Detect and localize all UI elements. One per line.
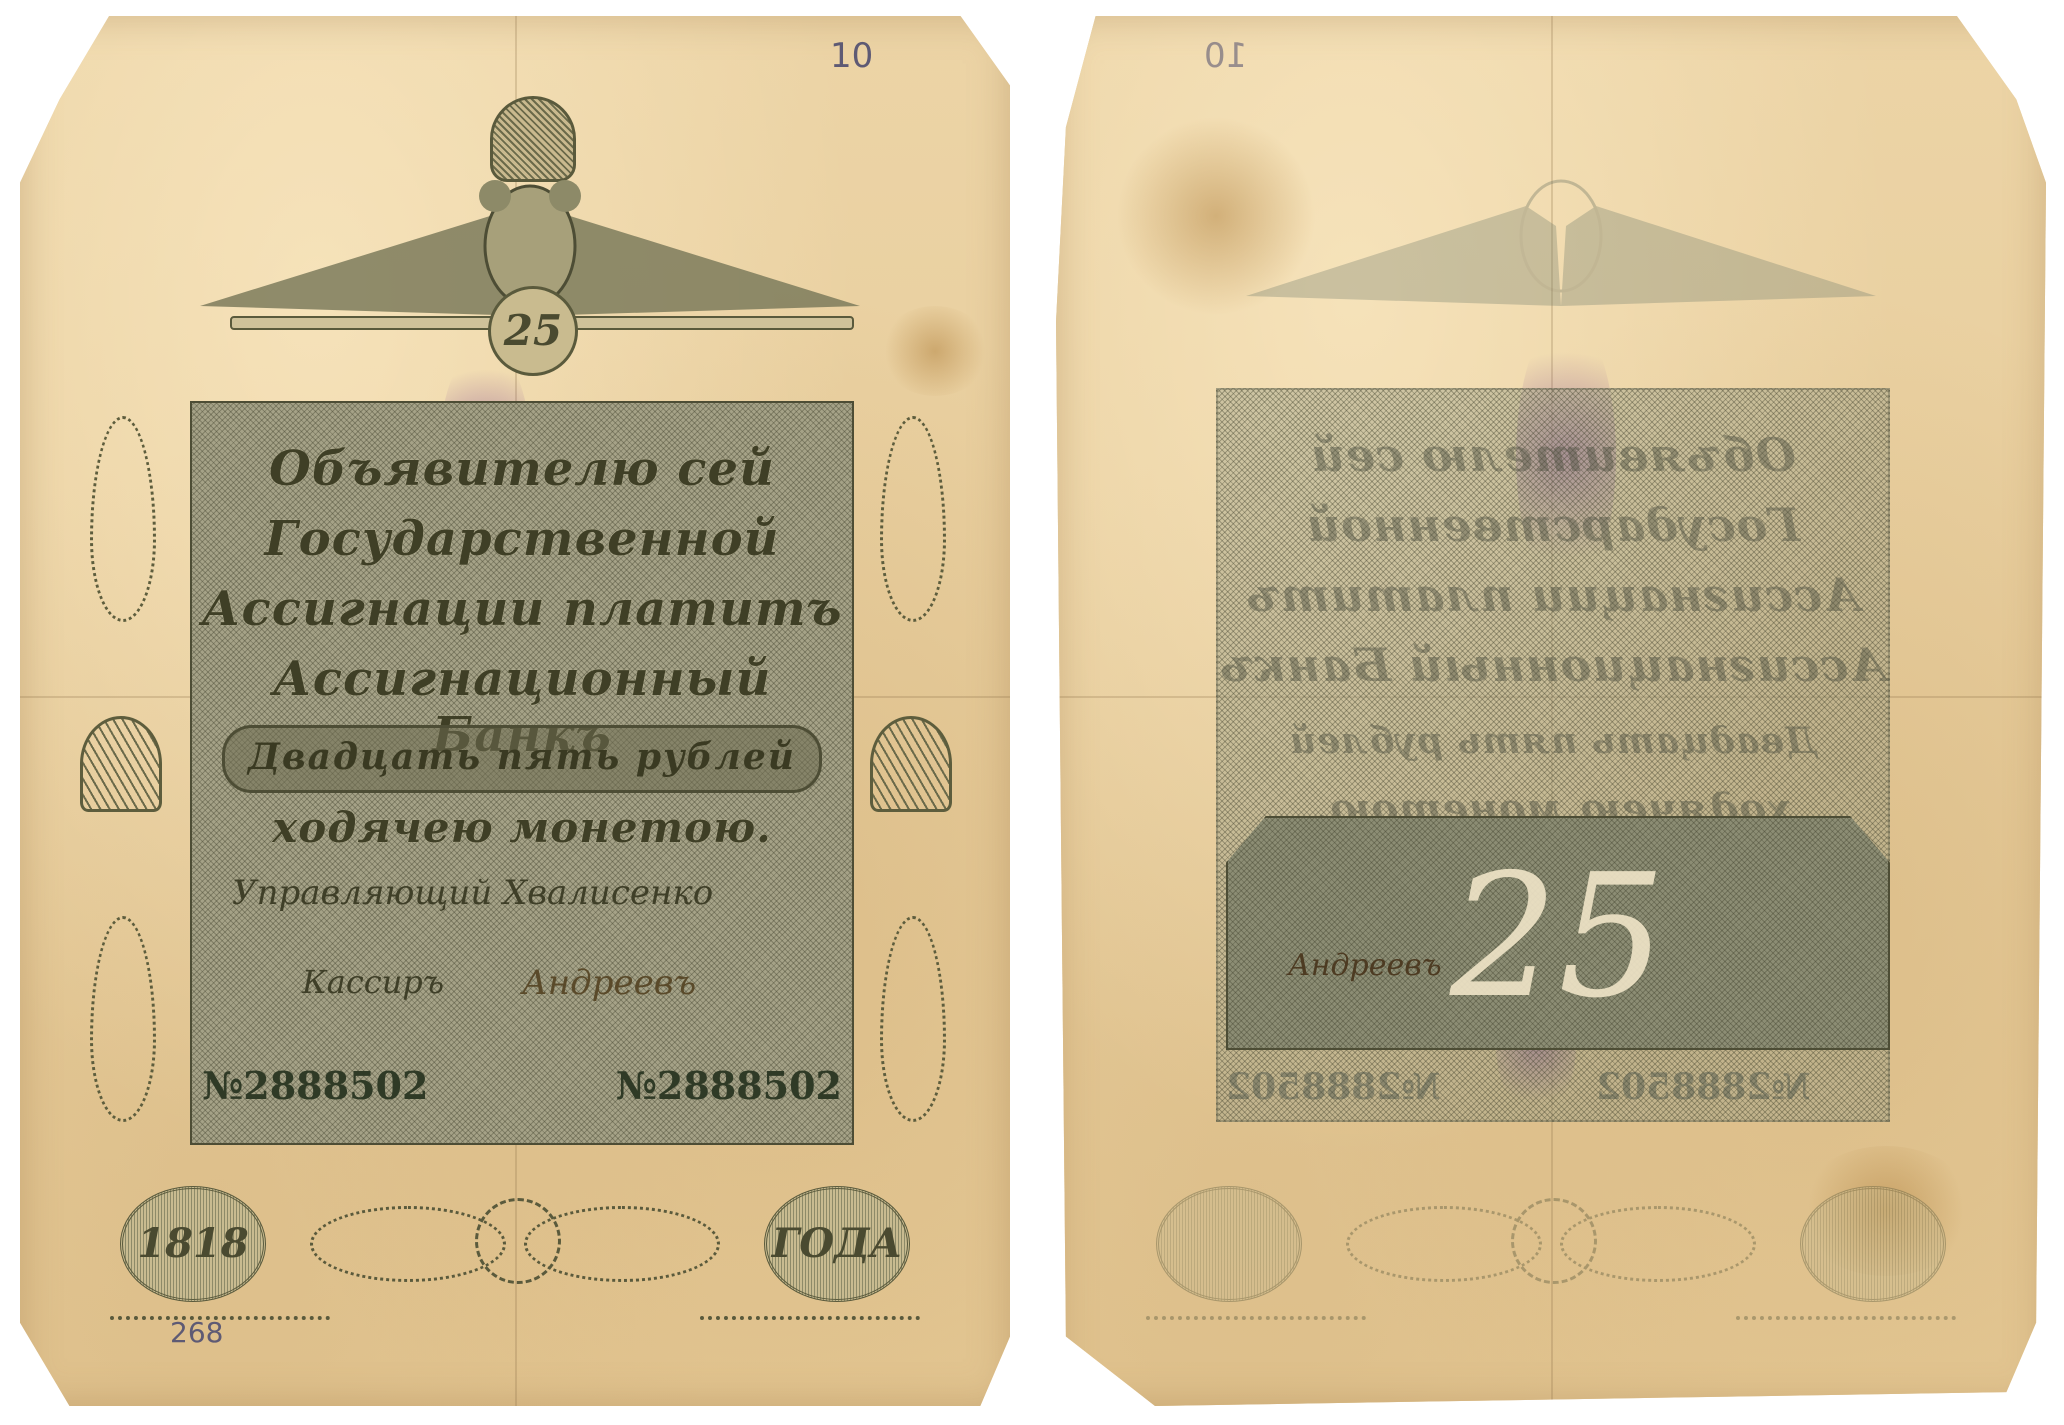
banknote-back: 10 Объявителю сей Государственной Ассигн… (1056, 16, 2046, 1406)
amount-text: Двадцать пять рублей (225, 736, 819, 778)
rust-stain (880, 306, 990, 396)
wave-ornament-icon (700, 1296, 920, 1320)
show-through-eagle-icon (1236, 166, 1886, 306)
medallion-icon (1156, 1186, 1302, 1302)
text-line-2: Государственной (192, 511, 852, 567)
garland-ornament-icon (1560, 1206, 1756, 1282)
show-through-ornament-band (1146, 1186, 1956, 1306)
mirrored-amount: Двадцать пять рублей (1218, 720, 1888, 762)
imperial-crown-icon (490, 96, 576, 182)
crown-ornament-icon (870, 716, 952, 812)
amount-cartouche: Двадцать пять рублей (222, 725, 822, 793)
leaf-ornament-icon (880, 916, 946, 1122)
right-ornament (870, 416, 950, 1136)
wave-ornament-icon (110, 1296, 330, 1320)
serial-number-right: №2888502 (616, 1063, 842, 1108)
bottom-ornament-band: 1818 ГОДА (110, 1186, 920, 1306)
big-denomination: 25 (1228, 838, 1888, 1036)
pencil-note-top: 10 (1204, 36, 1247, 76)
denomination-medal: 25 (488, 286, 578, 376)
cashier-label: Кассиръ (302, 963, 444, 1001)
mirrored-serial-left: №2888502 (1226, 1066, 1440, 1108)
currency-line: ходячею монетою. (192, 803, 852, 852)
cashier-signature: Андреевъ (522, 963, 696, 1003)
text-panel: Объявителю сей Государственной Ассигнаци… (190, 401, 854, 1145)
mirrored-serial-right: №2888502 (1596, 1066, 1810, 1108)
medallion-icon (1800, 1186, 1946, 1302)
mirrored-line-4: Ассигнационный Банкъ (1218, 638, 1888, 692)
left-ornament (80, 416, 160, 1136)
year-word-medallion: ГОДА (764, 1186, 910, 1302)
banknote-front: 10 268 25 Объявителю сей Государственной… (20, 16, 1010, 1406)
garland-ornament-icon (524, 1206, 720, 1282)
mirrored-line-2: Государственной (1218, 498, 1888, 552)
mirrored-line-3: Ассигнации платитъ (1218, 568, 1888, 622)
denomination-panel: 25 Андреевъ (1226, 816, 1890, 1050)
year-medallion: 1818 (120, 1186, 266, 1302)
manager-signature: Управляющий Хвалисенко (232, 873, 713, 913)
handwritten-signature: Андреевъ (1288, 948, 1442, 983)
leaf-ornament-icon (880, 416, 946, 622)
crown-ornament-icon (80, 716, 162, 812)
wave-ornament-icon (1146, 1296, 1366, 1320)
leaf-ornament-icon (90, 916, 156, 1122)
mirrored-line-1: Объявителю сей (1218, 428, 1888, 482)
text-line-1: Объявителю сей (192, 441, 852, 497)
wave-ornament-icon (1736, 1296, 1956, 1320)
pencil-note-top: 10 (830, 36, 873, 76)
text-line-3: Ассигнации платитъ (192, 581, 852, 637)
pencil-note-bottom: 268 (170, 1316, 223, 1349)
leaf-ornament-icon (90, 416, 156, 622)
serial-number-left: №2888502 (202, 1063, 428, 1108)
